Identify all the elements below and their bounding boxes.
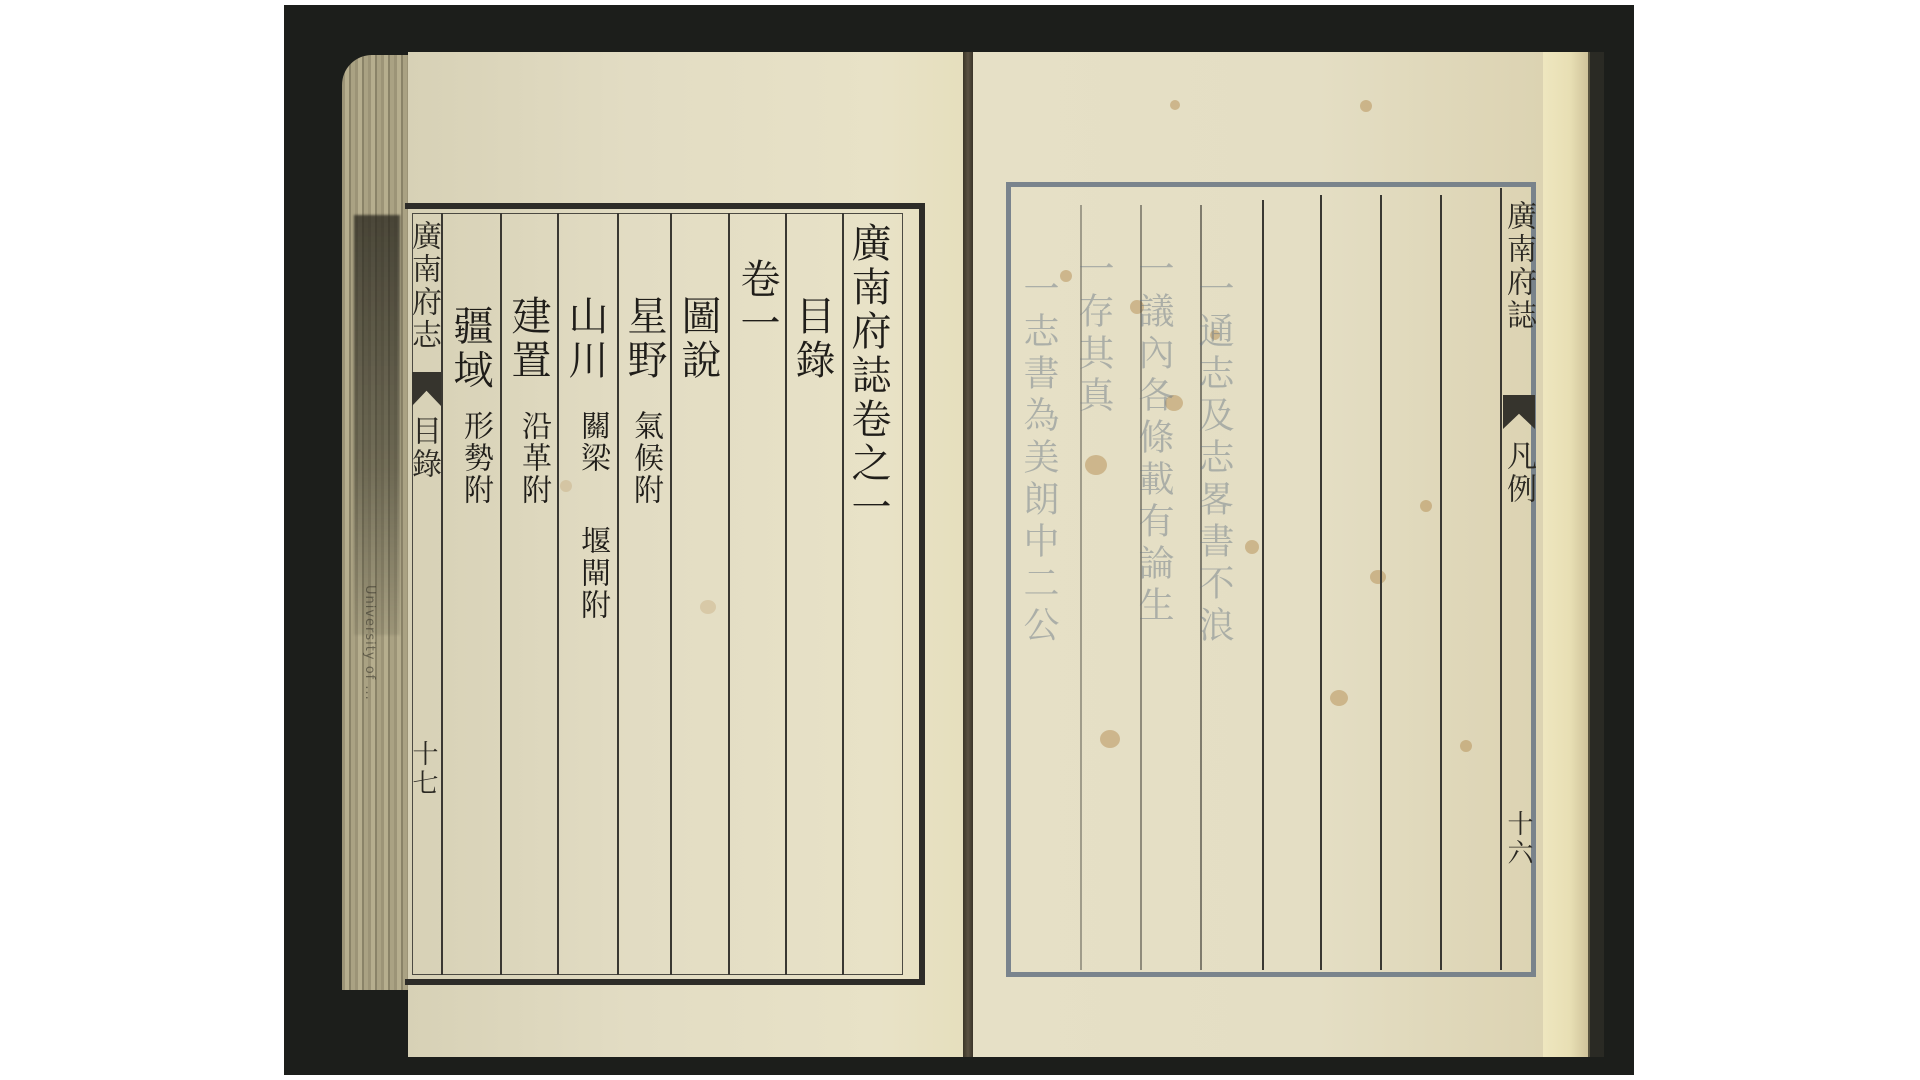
entry-jiangyu: 疆域 (450, 305, 490, 393)
column-line (1380, 195, 1382, 970)
entry-mulu: 目錄 (792, 295, 832, 383)
column-line (500, 213, 502, 975)
column-line (1262, 200, 1264, 970)
left-margin-book-title: 廣南府志 (408, 220, 438, 352)
volume-title: 廣南府誌卷之一 (848, 222, 888, 530)
bleed-through-text: 一志書為美朗中二公 (1020, 270, 1056, 648)
entry-xingye: 星野 (624, 295, 664, 383)
right-margin-book-title: 廣南府誌 (1503, 200, 1533, 332)
edge-stamp: University of ... (362, 585, 377, 701)
entry-tushuo: 圖說 (678, 295, 718, 383)
stain (1360, 100, 1372, 112)
entry-jiangyu-note: 形勢附 (460, 410, 490, 506)
entry-shanchuan-note: 關梁 (577, 410, 607, 474)
entry-jianzhi-note: 沿革附 (518, 410, 548, 506)
bleed-through-text: 一存其真 (1075, 250, 1111, 418)
column-line (441, 213, 443, 975)
entry-jianzhi: 建置 (508, 295, 548, 383)
entry-shanchuan: 山川 (565, 295, 605, 383)
edge-ink-smudge (354, 215, 400, 635)
column-line (842, 213, 844, 975)
column-line (728, 213, 730, 975)
left-margin-page-number: 十七 (410, 740, 436, 798)
entry-xingye-note: 氣候附 (630, 410, 660, 506)
entry-shanchuan-note-2: 堰閘附 (577, 525, 607, 621)
column-line (1440, 195, 1442, 970)
entry-juan-yi: 卷一 (737, 258, 777, 346)
column-line (557, 213, 559, 975)
column-line (670, 213, 672, 975)
column-line (617, 213, 619, 975)
right-margin-section: 凡例 (1503, 440, 1533, 506)
right-page-stack-edge (1543, 52, 1588, 1057)
right-margin-page-number: 十六 (1505, 810, 1531, 868)
book-cover-edge (1588, 52, 1604, 1057)
left-margin-section: 目錄 (408, 415, 438, 481)
column-line (1320, 195, 1322, 970)
stain (1170, 100, 1180, 110)
column-line (785, 213, 787, 975)
book-gutter (963, 52, 973, 1057)
bleed-through-text: 一通志及志畧書不浪 (1195, 270, 1231, 648)
left-page-stack-edge: University of ... (342, 55, 412, 990)
bleed-through-text: 一議內各條載有論生 (1135, 250, 1171, 628)
